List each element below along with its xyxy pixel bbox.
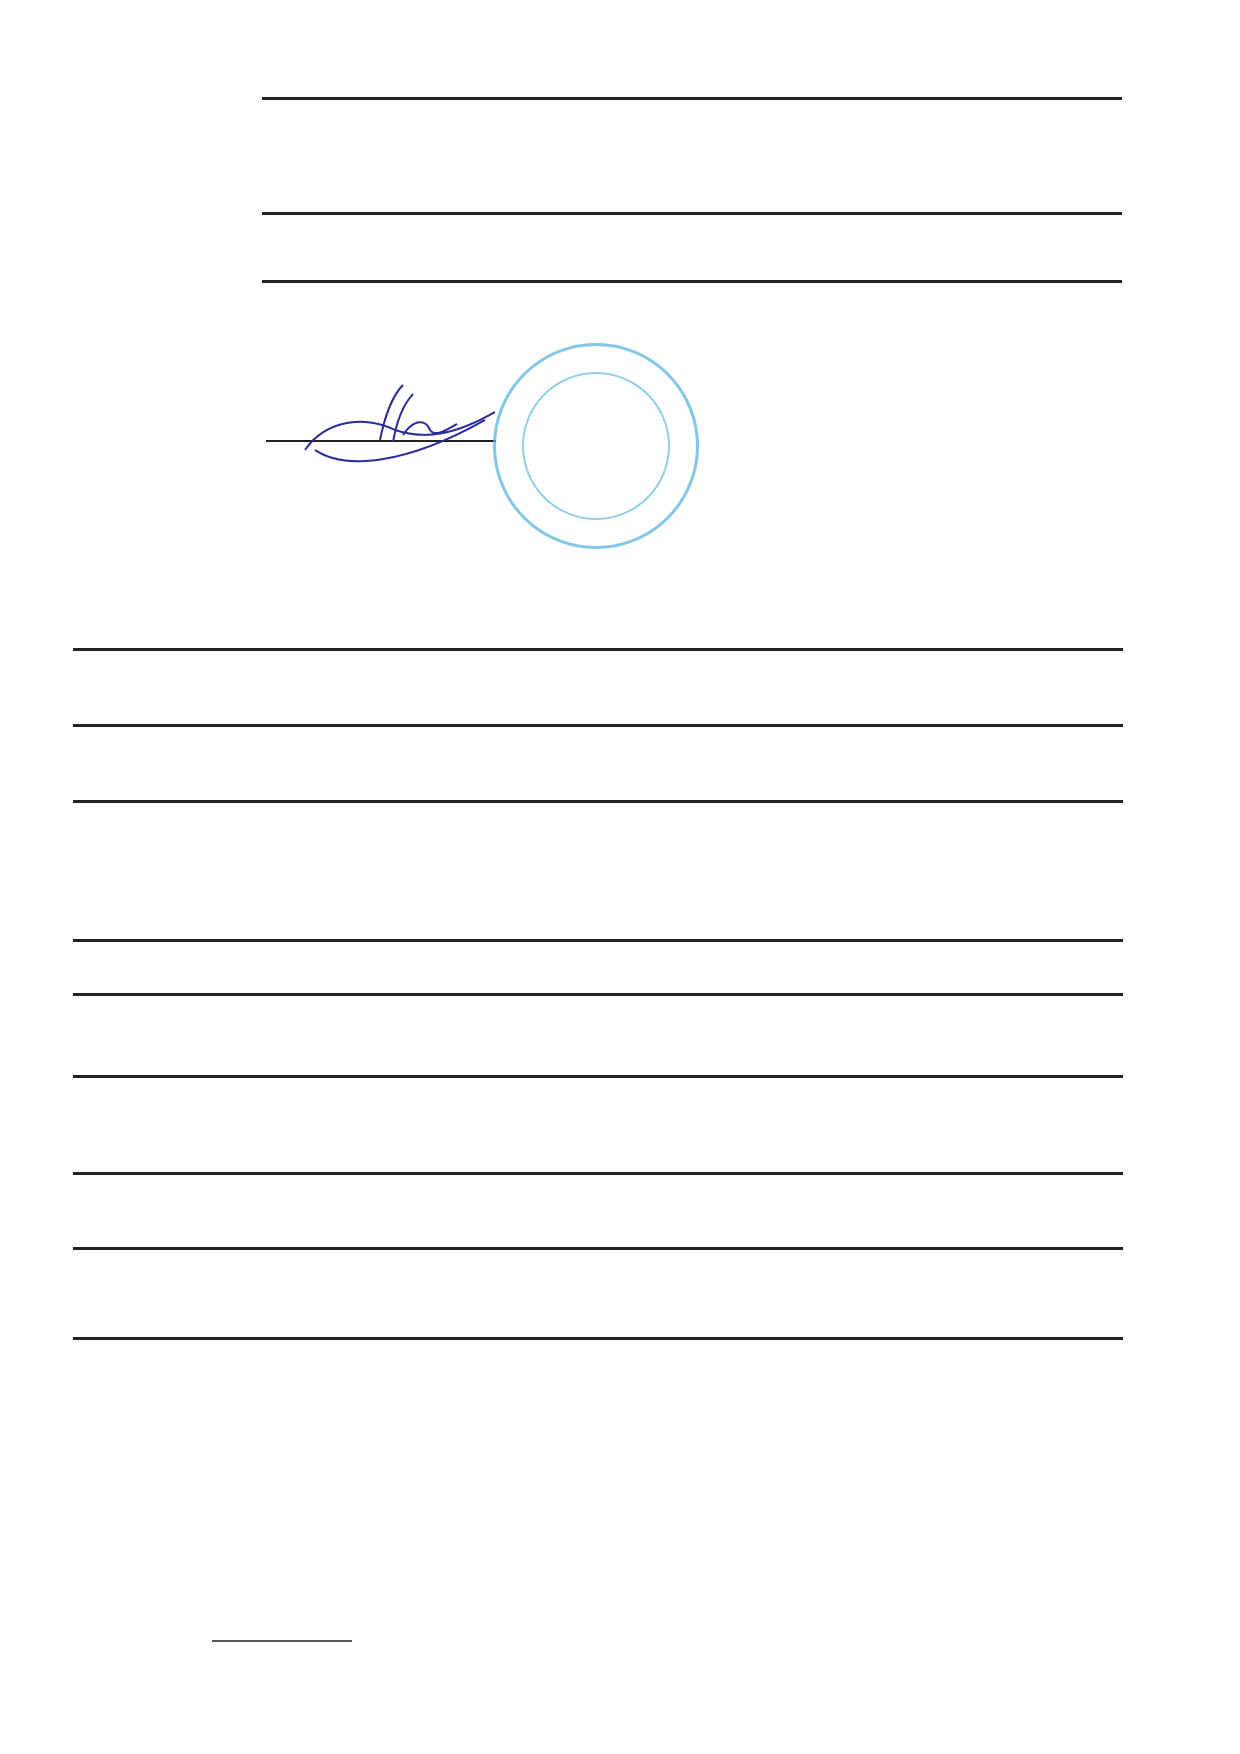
mp-line — [212, 1640, 352, 1642]
divider — [73, 1172, 1123, 1175]
divider — [73, 648, 1123, 651]
divider — [73, 993, 1123, 996]
divider — [73, 939, 1123, 942]
divider — [73, 1075, 1123, 1078]
divider — [73, 1337, 1123, 1340]
signature-icon — [285, 380, 515, 470]
divider — [73, 800, 1123, 803]
divider — [73, 1247, 1123, 1250]
organization-stamp — [493, 343, 699, 549]
divider — [262, 280, 1122, 283]
divider — [262, 97, 1122, 100]
divider — [73, 724, 1123, 727]
divider — [262, 212, 1122, 215]
